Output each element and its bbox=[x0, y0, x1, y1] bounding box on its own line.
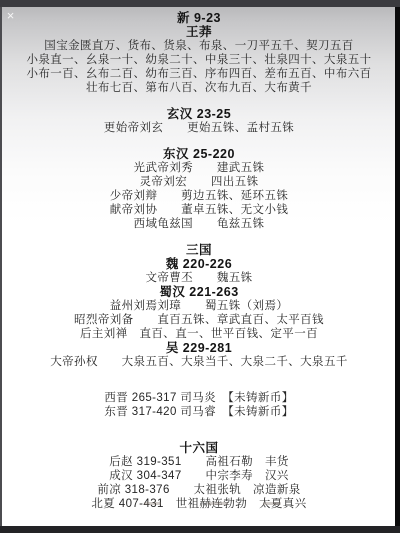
section-heading: 东汉 25-220 bbox=[8, 147, 390, 161]
text-line: 更始帝刘玄 更始五铢、孟村五铢 bbox=[8, 121, 390, 135]
text-line: 小泉直一、幺泉一十、幼泉二十、中泉三十、壮泉四十、大泉五十 bbox=[8, 53, 390, 67]
coinage-history-document: 新 9-23王莽国宝金匮直万、货布、货泉、布泉、一刀平五千、契刀五百小泉直一、幺… bbox=[8, 11, 390, 511]
text-line: 大帝孙权 大泉五百、大泉当千、大泉二千、大泉五千 bbox=[8, 355, 390, 369]
text-line: 北夏 407-431 世祖赫连勃勃 太夏真兴 bbox=[8, 497, 390, 511]
section-heading: 新 9-23 bbox=[8, 11, 390, 25]
cutoff-text-remnant bbox=[263, 502, 281, 505]
text-line: 后主刘禅 直百、直一、世平百钱、定平一百 bbox=[8, 327, 390, 341]
text-line: 文帝曹丕 魏五铢 bbox=[8, 271, 390, 285]
text-line: 西晋 265-317 司马炎 【未铸新币】 bbox=[8, 391, 390, 405]
text-line: 灵帝刘宏 四出五铢 bbox=[8, 175, 390, 189]
bottom-letterbox-bar bbox=[0, 526, 400, 533]
section-heading: 玄汉 23-25 bbox=[8, 107, 390, 121]
section-heading: 魏 220-226 bbox=[8, 257, 390, 271]
section-heading: 三国 bbox=[8, 243, 390, 257]
cutoff-text-remnant bbox=[208, 502, 228, 505]
close-icon[interactable]: × bbox=[3, 9, 18, 22]
text-line: 西域龟兹国 龟兹五铢 bbox=[8, 217, 390, 231]
text-line: 昭烈帝刘备 直百五铢、章武直百、太平百钱 bbox=[8, 313, 390, 327]
cutoff-text-remnant bbox=[144, 502, 161, 505]
text-line: 光武帝刘秀 建武五铢 bbox=[8, 161, 390, 175]
top-letterbox-bar bbox=[0, 0, 400, 7]
section-heading: 十六国 bbox=[8, 441, 390, 455]
text-line: 壮布七百、第布八百、次布九百、大布黄千 bbox=[8, 81, 390, 95]
text-line: 小布一百、幺布二百、幼布三百、序布四百、差布五百、中布六百 bbox=[8, 67, 390, 81]
text-line: 献帝刘协 董卓五铢、无文小钱 bbox=[8, 203, 390, 217]
document-photo-page: × 新 9-23王莽国宝金匮直万、货布、货泉、布泉、一刀平五千、契刀五百小泉直一… bbox=[0, 0, 400, 533]
section-heading: 王莽 bbox=[8, 25, 390, 39]
text-line: 后赵 319-351 高祖石勒 丰货 bbox=[8, 455, 390, 469]
text-line: 益州刘焉刘璋 蜀五铢（刘焉） bbox=[8, 299, 390, 313]
text-line: 前凉 318-376 太祖张轨 凉造新泉 bbox=[8, 483, 390, 497]
photo-left-edge bbox=[0, 0, 2, 533]
photo-right-edge bbox=[395, 0, 400, 533]
text-line: 成汉 304-347 中宗李寿 汉兴 bbox=[8, 469, 390, 483]
text-line: 国宝金匮直万、货布、货泉、布泉、一刀平五千、契刀五百 bbox=[8, 39, 390, 53]
text-line: 东晋 317-420 司马睿 【未铸新币】 bbox=[8, 405, 390, 419]
section-heading: 蜀汉 221-263 bbox=[8, 285, 390, 299]
section-heading: 吴 229-281 bbox=[8, 341, 390, 355]
text-line: 少帝刘辩 剪边五铢、延环五铢 bbox=[8, 189, 390, 203]
